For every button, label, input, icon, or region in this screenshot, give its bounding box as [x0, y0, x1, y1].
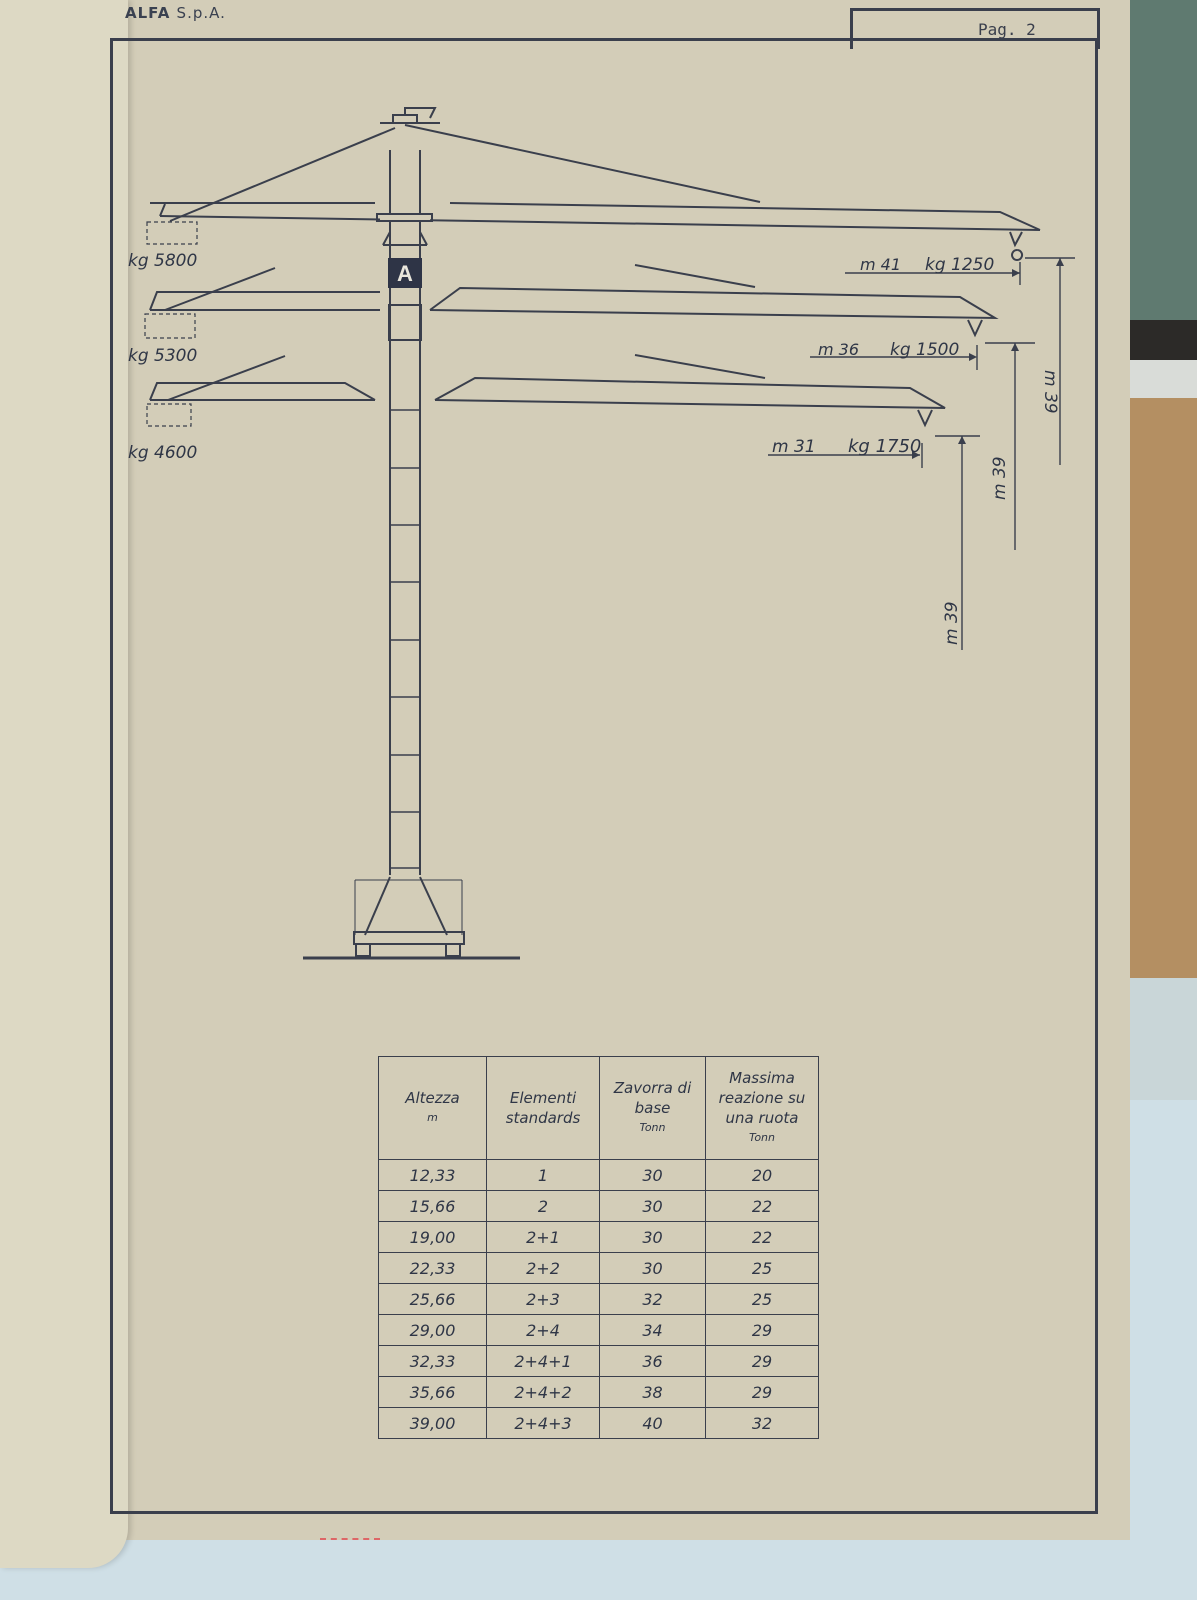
- height-label-2: m 39: [990, 456, 1010, 500]
- table-row: 22,332+23025: [379, 1253, 819, 1284]
- crane-tower: [380, 108, 440, 875]
- table-row: 12,3313020: [379, 1160, 819, 1191]
- reach-label-2: m 36: [818, 340, 859, 359]
- jib-41m: [150, 125, 1040, 260]
- load-label-1: kg 1250: [925, 255, 994, 275]
- table-row: 39,002+4+34032: [379, 1408, 819, 1439]
- jib-31m: [150, 355, 945, 425]
- reach-label-1: m 41: [860, 255, 901, 274]
- table-row: 32,332+4+13629: [379, 1346, 819, 1377]
- height-label-1: m 39: [1040, 370, 1060, 414]
- load-label-2: kg 1500: [890, 340, 959, 360]
- tower-badge: A: [397, 261, 413, 286]
- red-thread: [320, 1538, 380, 1548]
- table-row: 25,662+33225: [379, 1284, 819, 1315]
- counterweight-label-1: kg 5800: [128, 251, 197, 271]
- counterweight-label-2: kg 5300: [128, 346, 197, 366]
- load-label-3: kg 1750: [848, 436, 921, 457]
- table-row: 29,002+43429: [379, 1315, 819, 1346]
- table-row: 35,662+4+23829: [379, 1377, 819, 1408]
- header-elementi: Elementi standards: [487, 1057, 600, 1160]
- table-row: 19,002+13022: [379, 1222, 819, 1253]
- height-label-3: m 39: [942, 601, 962, 645]
- jib-36m: [150, 265, 995, 335]
- reach-label-3: m 31: [772, 437, 816, 457]
- table-header-row: Altezzam Elementi standards Zavorra di b…: [379, 1057, 819, 1160]
- header-altezza: Altezzam: [379, 1057, 487, 1160]
- table-row: 15,6623022: [379, 1191, 819, 1222]
- header-zavorra: Zavorra di baseTonn: [600, 1057, 706, 1160]
- crane-base: [303, 877, 520, 958]
- counterweight-label-3: kg 4600: [128, 443, 197, 463]
- specs-table: Altezzam Elementi standards Zavorra di b…: [378, 1056, 819, 1439]
- header-reazione: Massima reazione su una ruotaTonn: [706, 1057, 819, 1160]
